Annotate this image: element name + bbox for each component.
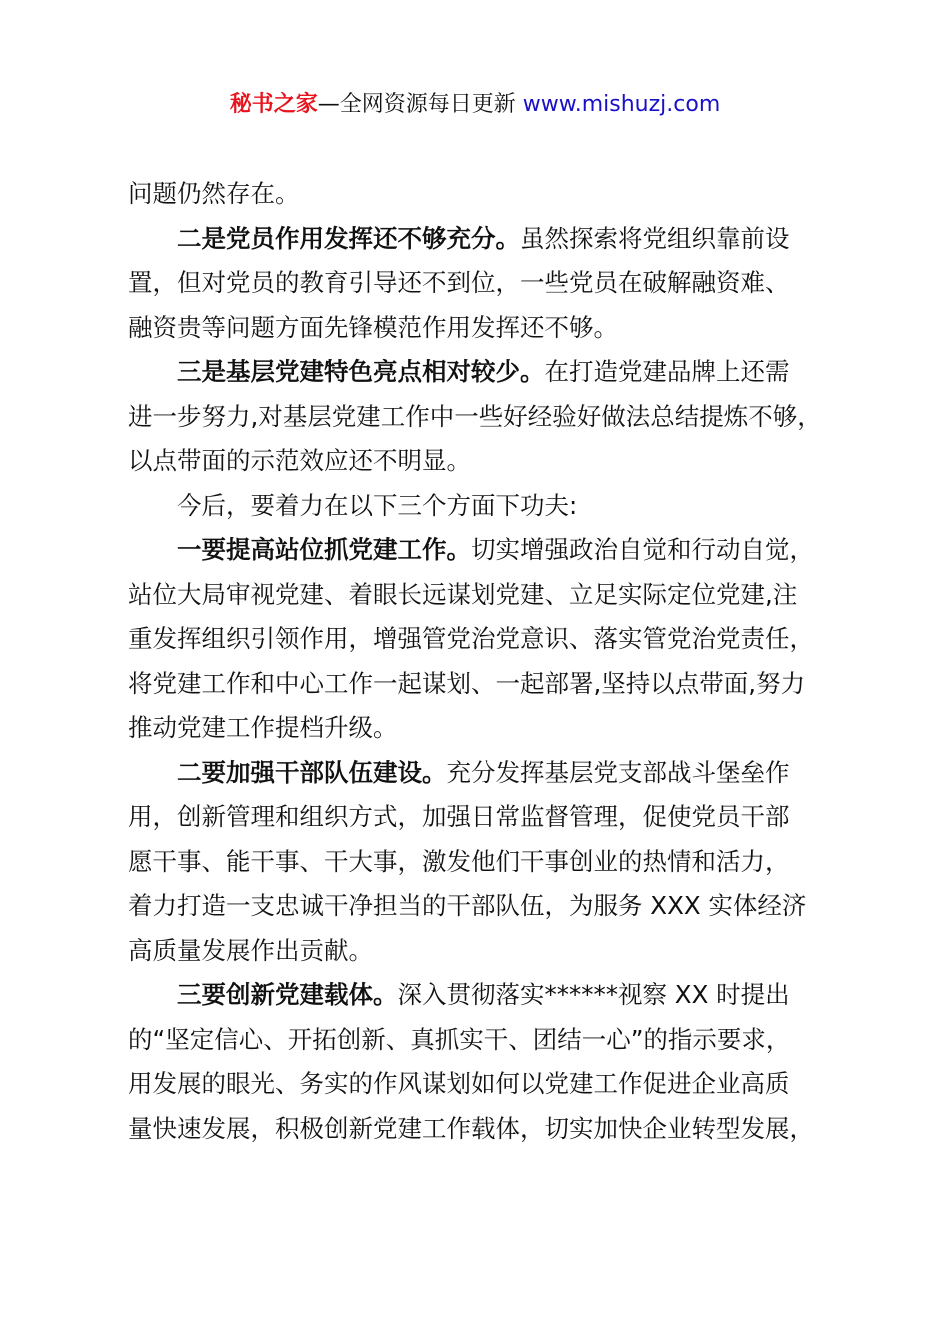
document-body: 问题仍然存在。 二是党员作用发挥还不够充分。虽然探索将党组织靠前设 置，但对党员…	[128, 172, 868, 1151]
text-line: 的“坚定信心、开拓创新、真抓实干、团结一心”的指示要求，	[128, 1018, 868, 1063]
text-line: 以点带面的示范效应还不明显。	[128, 439, 868, 484]
paragraph-cadre-team: 二要加强干部队伍建设。充分发挥基层党支部战斗堡垒作 用，创新管理和组织方式，加强…	[128, 751, 868, 974]
text-span: 在打造党建品牌上还需	[545, 357, 790, 386]
text-line: 二是党员作用发挥还不够充分。虽然探索将党组织靠前设	[128, 217, 868, 262]
text-line: 问题仍然存在。	[128, 172, 868, 217]
text-line: 高质量发展作出贡献。	[128, 929, 868, 974]
paragraph-heading: 三是基层党建特色亮点相对较少。	[177, 357, 545, 386]
text-span: 深入贯彻落实******视察 XX 时提出	[398, 980, 790, 1009]
text-line: 着力打造一支忠诚干净担当的干部队伍，为服务 XXX 实体经济	[128, 884, 868, 929]
brand-name: 秘书之家	[230, 92, 318, 117]
paragraph-heading: 二要加强干部队伍建设。	[177, 758, 447, 787]
text-line: 推动党建工作提档升级。	[128, 706, 868, 751]
site-url-link[interactable]: www.mishuzj.com	[523, 92, 720, 117]
text-span: 充分发挥基层党支部战斗堡垒作	[447, 758, 790, 787]
paragraph-heading: 一要提高站位抓党建工作。	[177, 535, 471, 564]
text-line: 进一步努力,对基层党建工作中一些好经验好做法总结提炼不够，	[128, 395, 868, 440]
text-line: 今后，要着力在以下三个方面下功夫:	[128, 484, 868, 529]
paragraph-raise-position: 一要提高站位抓党建工作。切实增强政治自觉和行动自觉， 站位大局审视党建、着眼长远…	[128, 528, 868, 751]
paragraph-heading: 二是党员作用发挥还不够充分。	[177, 224, 520, 253]
text-line: 置，但对党员的教育引导还不到位，一些党员在破解融资难、	[128, 261, 868, 306]
paragraph-intro: 今后，要着力在以下三个方面下功夫:	[128, 484, 868, 529]
text-line: 站位大局审视党建、着眼长远谋划党建、立足实际定位党建,注	[128, 573, 868, 618]
text-line: 将党建工作和中心工作一起谋划、一起部署,坚持以点带面,努力	[128, 662, 868, 707]
text-line: 用，创新管理和组织方式，加强日常监督管理，促使党员干部	[128, 795, 868, 840]
text-line: 量快速发展，积极创新党建工作载体，切实加快企业转型发展，	[128, 1107, 868, 1152]
paragraph-party-member-role: 二是党员作用发挥还不够充分。虽然探索将党组织靠前设 置，但对党员的教育引导还不到…	[128, 217, 868, 351]
text-line: 二要加强干部队伍建设。充分发挥基层党支部战斗堡垒作	[128, 751, 868, 796]
text-line: 三是基层党建特色亮点相对较少。在打造党建品牌上还需	[128, 350, 868, 395]
paragraph-highlights: 三是基层党建特色亮点相对较少。在打造党建品牌上还需 进一步努力,对基层党建工作中…	[128, 350, 868, 484]
text-line: 用发展的眼光、务实的作风谋划如何以党建工作促进企业高质	[128, 1062, 868, 1107]
text-line: 融资贵等问题方面先锋模范作用发挥还不够。	[128, 306, 868, 351]
site-header: 秘书之家—全网资源每日更新 www.mishuzj.com	[0, 88, 950, 122]
paragraph-innovate-carrier: 三要创新党建载体。深入贯彻落实******视察 XX 时提出 的“坚定信心、开拓…	[128, 973, 868, 1151]
text-line: 一要提高站位抓党建工作。切实增强政治自觉和行动自觉，	[128, 528, 868, 573]
header-tagline: —全网资源每日更新	[318, 92, 523, 117]
paragraph-continuation: 问题仍然存在。	[128, 172, 868, 217]
text-line: 三要创新党建载体。深入贯彻落实******视察 XX 时提出	[128, 973, 868, 1018]
text-span: 虽然探索将党组织靠前设	[520, 224, 790, 253]
text-line: 重发挥组织引领作用，增强管党治党意识、落实管党治党责任，	[128, 617, 868, 662]
paragraph-heading: 三要创新党建载体。	[177, 980, 398, 1009]
text-span: 切实增强政治自觉和行动自觉，	[471, 535, 814, 564]
text-line: 愿干事、能干事、干大事，激发他们干事创业的热情和活力，	[128, 840, 868, 885]
